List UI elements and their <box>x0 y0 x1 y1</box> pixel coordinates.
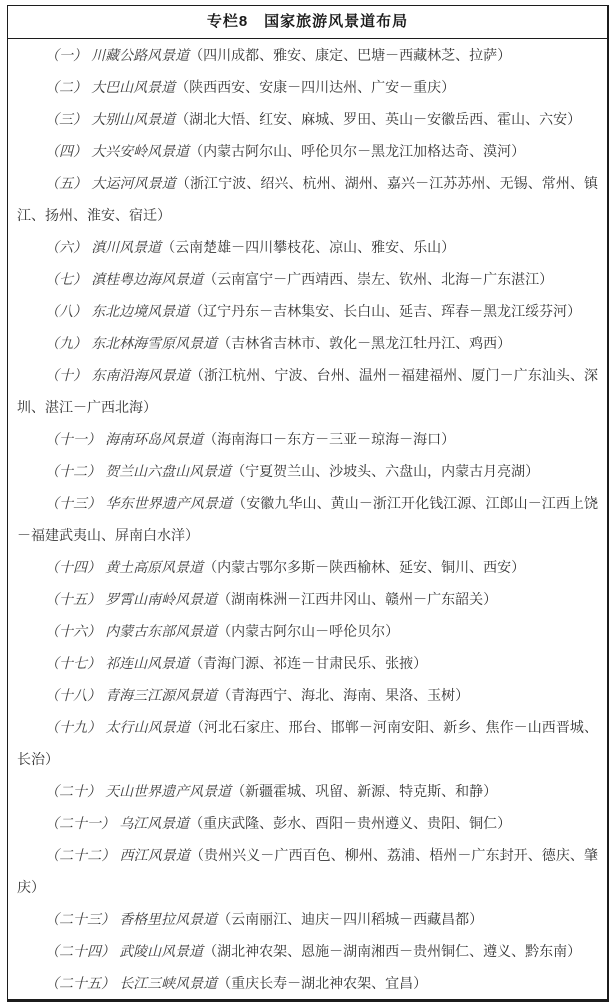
byway-name: 东北边境风景道 <box>91 303 189 319</box>
byway-route: （青海门源、祁连－甘肃民乐、张掖） <box>189 655 427 671</box>
byway-name: 大兴安岭风景道 <box>91 143 189 159</box>
item-number: （四） <box>45 143 87 159</box>
byway-name: 东北林海雪原风景道 <box>91 335 217 351</box>
byway-item: （一）川藏公路风景道（四川成都、雅安、康定、巴塘－西藏林芝、拉萨） <box>17 39 598 71</box>
item-number: （二十二） <box>45 847 115 863</box>
byway-item: （十七）祁连山风景道（青海门源、祁连－甘肃民乐、张掖） <box>17 647 598 679</box>
byway-name: 西江风景道 <box>120 847 190 863</box>
byway-route: （云南富宁－广西靖西、崇左、钦州、北海－广东湛江） <box>203 271 553 287</box>
byway-route: （湖南株洲－江西井冈山、赣州－广东韶关） <box>217 591 497 607</box>
item-number: （十六） <box>45 623 101 639</box>
byway-name: 贺兰山六盘山风景道 <box>105 463 231 479</box>
byway-route: （陕西西安、安康－四川达州、广安－重庆） <box>175 79 455 95</box>
byway-item: （七）滇桂粤边海风景道（云南富宁－广西靖西、崇左、钦州、北海－广东湛江） <box>17 263 598 295</box>
byway-item: （二十一）乌江风景道（重庆武隆、彭水、酉阳－贵州遵义、贵阳、铜仁） <box>17 807 598 839</box>
byway-route: （四川成都、雅安、康定、巴塘－西藏林芝、拉萨） <box>189 47 511 63</box>
byway-route: （重庆长寿－湖北神农架、宜昌） <box>217 975 427 991</box>
item-number: （五） <box>45 175 87 191</box>
item-number: （十三） <box>45 495 101 511</box>
byway-name: 海南环岛风景道 <box>105 431 203 447</box>
byway-item: （十九）太行山风景道（河北石家庄、邢台、邯郸－河南安阳、新乡、焦作－山西晋城、长… <box>17 711 598 775</box>
item-number: （十二） <box>45 463 101 479</box>
byway-route: （湖北神农架、恩施－湖南湘西－贵州铜仁、遵义、黔东南） <box>203 943 581 959</box>
byway-name: 长江三峡风景道 <box>119 975 217 991</box>
byway-item: （十）东南沿海风景道（浙江杭州、宁波、台州、温州－福建福州、厦门－广东汕头、深圳… <box>17 359 598 423</box>
byway-route: （新疆霍城、巩留、新源、特克斯、和静） <box>231 783 497 799</box>
byway-item: （二十）天山世界遗产风景道（新疆霍城、巩留、新源、特克斯、和静） <box>17 775 598 807</box>
item-number: （六） <box>45 239 87 255</box>
byway-item: （二）大巴山风景道（陕西西安、安康－四川达州、广安－重庆） <box>17 71 598 103</box>
byway-name: 太行山风景道 <box>105 719 189 735</box>
byway-item: （二十二）西江风景道（贵州兴义－广西百色、柳州、荔浦、梧州－广东封开、德庆、肇庆… <box>17 839 598 903</box>
byway-item: （十六）内蒙古东部风景道（内蒙古阿尔山－呼伦贝尔） <box>17 615 598 647</box>
item-number: （十八） <box>45 687 101 703</box>
byway-name: 川藏公路风景道 <box>91 47 189 63</box>
byway-name: 青海三江源风景道 <box>105 687 217 703</box>
byway-item: （六）滇川风景道（云南楚雄－四川攀枝花、凉山、雅安、乐山） <box>17 231 598 263</box>
byway-item: （十三）华东世界遗产风景道（安徽九华山、黄山－浙江开化钱江源、江郎山－江西上饶－… <box>17 487 598 551</box>
byway-route: （吉林省吉林市、敦化－黑龙江牡丹江、鸡西） <box>217 335 511 351</box>
byway-item: （十一）海南环岛风景道（海南海口－东方－三亚－琼海－海口） <box>17 423 598 455</box>
byway-route: （内蒙古阿尔山－呼伦贝尔） <box>217 623 399 639</box>
byway-name: 滇川风景道 <box>91 239 161 255</box>
byway-item: （八）东北边境风景道（辽宁丹东－吉林集安、长白山、延吉、珲春－黑龙江绥芬河） <box>17 295 598 327</box>
byway-route: （湖北大悟、红安、麻城、罗田、英山－安徽岳西、霍山、六安） <box>175 111 581 127</box>
item-number: （十四） <box>45 559 101 575</box>
byway-item: （五）大运河风景道（浙江宁波、绍兴、杭州、湖州、嘉兴－江苏苏州、无锡、常州、镇江… <box>17 167 598 231</box>
box-title: 专栏8 国家旅游风景道布局 <box>8 6 607 39</box>
byway-name: 华东世界遗产风景道 <box>105 495 232 511</box>
byway-item: （四）大兴安岭风景道（内蒙古阿尔山、呼伦贝尔－黑龙江加格达奇、漠河） <box>17 135 598 167</box>
byway-item: （二十三）香格里拉风景道（云南丽江、迪庆－四川稻城－西藏昌都） <box>17 903 598 935</box>
byway-name: 罗霄山南岭风景道 <box>105 591 217 607</box>
byway-route: （云南楚雄－四川攀枝花、凉山、雅安、乐山） <box>161 239 455 255</box>
item-number: （十一） <box>45 431 101 447</box>
byway-route: （海南海口－东方－三亚－琼海－海口） <box>203 431 455 447</box>
byway-item: （九）东北林海雪原风景道（吉林省吉林市、敦化－黑龙江牡丹江、鸡西） <box>17 327 598 359</box>
byway-name: 大运河风景道 <box>91 175 175 191</box>
item-number: （三） <box>45 111 87 127</box>
byway-item: （十四）黄土高原风景道（内蒙古鄂尔多斯－陕西榆林、延安、铜川、西安） <box>17 551 598 583</box>
byway-name: 天山世界遗产风景道 <box>105 783 231 799</box>
byway-item: （十二）贺兰山六盘山风景道（宁夏贺兰山、沙坡头、六盘山，内蒙古月亮湖） <box>17 455 598 487</box>
byway-name: 滇桂粤边海风景道 <box>91 271 203 287</box>
item-number: （十） <box>45 367 87 383</box>
item-number: （七） <box>45 271 87 287</box>
byway-item: （二十五）长江三峡风景道（重庆长寿－湖北神农架、宜昌） <box>17 967 598 999</box>
byway-route: （青海西宁、海北、海南、果洛、玉树） <box>217 687 469 703</box>
scenic-byway-box: 专栏8 国家旅游风景道布局 （一）川藏公路风景道（四川成都、雅安、康定、巴塘－西… <box>7 5 609 1002</box>
byway-route: （重庆武隆、彭水、酉阳－贵州遵义、贵阳、铜仁） <box>189 815 511 831</box>
item-number: （十九） <box>45 719 101 735</box>
byway-name: 东南沿海风景道 <box>91 367 190 383</box>
item-number: （二十四） <box>45 943 115 959</box>
item-number: （八） <box>45 303 87 319</box>
item-number: （二十一） <box>45 815 115 831</box>
item-number: （九） <box>45 335 87 351</box>
byway-route: （宁夏贺兰山、沙坡头、六盘山，内蒙古月亮湖） <box>231 463 539 479</box>
byway-item: （十五）罗霄山南岭风景道（湖南株洲－江西井冈山、赣州－广东韶关） <box>17 583 598 615</box>
byway-name: 乌江风景道 <box>119 815 189 831</box>
byway-route: （内蒙古鄂尔多斯－陕西榆林、延安、铜川、西安） <box>203 559 525 575</box>
byway-name: 大巴山风景道 <box>91 79 175 95</box>
item-number: （十五） <box>45 591 101 607</box>
byway-name: 大别山风景道 <box>91 111 175 127</box>
byway-name: 黄土高原风景道 <box>105 559 203 575</box>
byway-route: （内蒙古阿尔山、呼伦贝尔－黑龙江加格达奇、漠河） <box>189 143 525 159</box>
byway-route: （云南丽江、迪庆－四川稻城－西藏昌都） <box>217 911 483 927</box>
item-number: （二） <box>45 79 87 95</box>
byway-item: （十八）青海三江源风景道（青海西宁、海北、海南、果洛、玉树） <box>17 679 598 711</box>
byway-name: 内蒙古东部风景道 <box>105 623 217 639</box>
item-number: （二十五） <box>45 975 115 991</box>
byway-name: 武陵山风景道 <box>119 943 203 959</box>
byway-name: 香格里拉风景道 <box>119 911 217 927</box>
byway-route: （辽宁丹东－吉林集安、长白山、延吉、珲春－黑龙江绥芬河） <box>189 303 581 319</box>
item-number: （十七） <box>45 655 101 671</box>
item-number: （二十） <box>45 783 101 799</box>
byway-name: 祁连山风景道 <box>105 655 189 671</box>
byway-list: （一）川藏公路风景道（四川成都、雅安、康定、巴塘－西藏林芝、拉萨） （二）大巴山… <box>8 39 607 999</box>
byway-item: （三）大别山风景道（湖北大悟、红安、麻城、罗田、英山－安徽岳西、霍山、六安） <box>17 103 598 135</box>
item-number: （一） <box>45 47 87 63</box>
item-number: （二十三） <box>45 911 115 927</box>
